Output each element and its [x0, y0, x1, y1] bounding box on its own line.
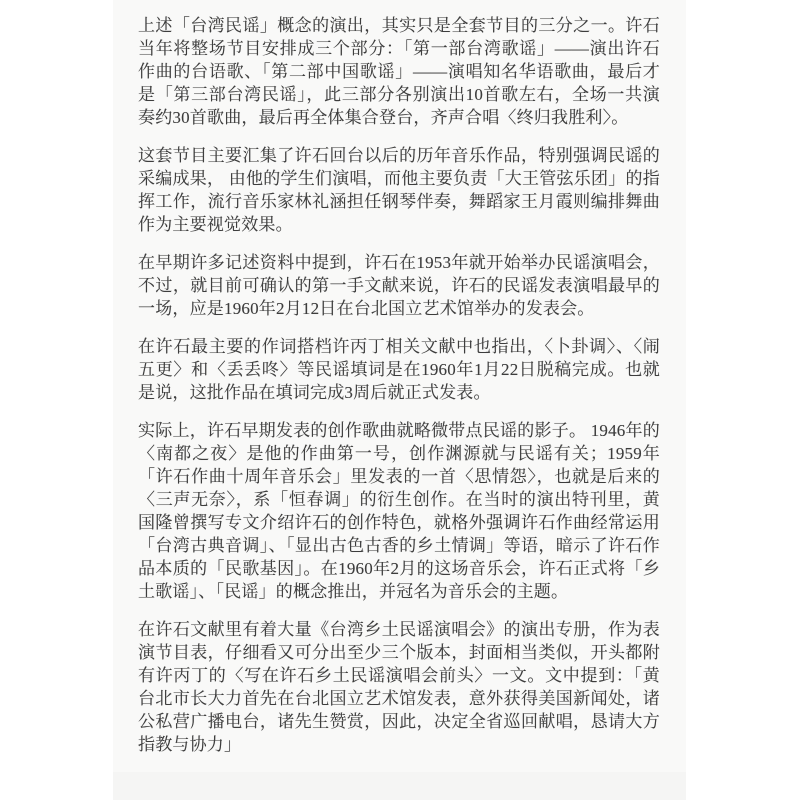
document-viewport: 上述「台湾民谣」概念的演出，其实只是全套节目的三分之一。许石当年将整场节目安排成… [0, 0, 800, 800]
scan-page-break [113, 772, 686, 800]
scanned-page: 上述「台湾民谣」概念的演出，其实只是全套节目的三分之一。许石当年将整场节目安排成… [113, 0, 686, 800]
paragraph-3: 在早期许多记述资料中提到，许石在1953年就开始举办民谣演唱会，不过，就目前可确… [138, 251, 660, 320]
paragraph-2: 这套节目主要汇集了许石回台以后的历年音乐作品，特别强调民谣的采编成果， 由他的学… [138, 144, 660, 236]
paragraph-5: 实际上，许石早期发表的创作歌曲就略微带点民谣的影子。 1946年的〈南都之夜〉是… [138, 419, 660, 603]
paragraph-6: 在许石文献里有着大量《台湾乡土民谣演唱会》的演出专册，作为表演节目表，仔细看又可… [138, 618, 660, 756]
paragraph-4: 在许石最主要的作词搭档许丙丁相关文献中也指出，〈卜卦调〉、〈闹五更〉和〈丢丢咚〉… [138, 335, 660, 404]
paragraph-1: 上述「台湾民谣」概念的演出，其实只是全套节目的三分之一。许石当年将整场节目安排成… [138, 14, 660, 129]
document-body: 上述「台湾民谣」概念的演出，其实只是全套节目的三分之一。许石当年将整场节目安排成… [138, 14, 660, 771]
